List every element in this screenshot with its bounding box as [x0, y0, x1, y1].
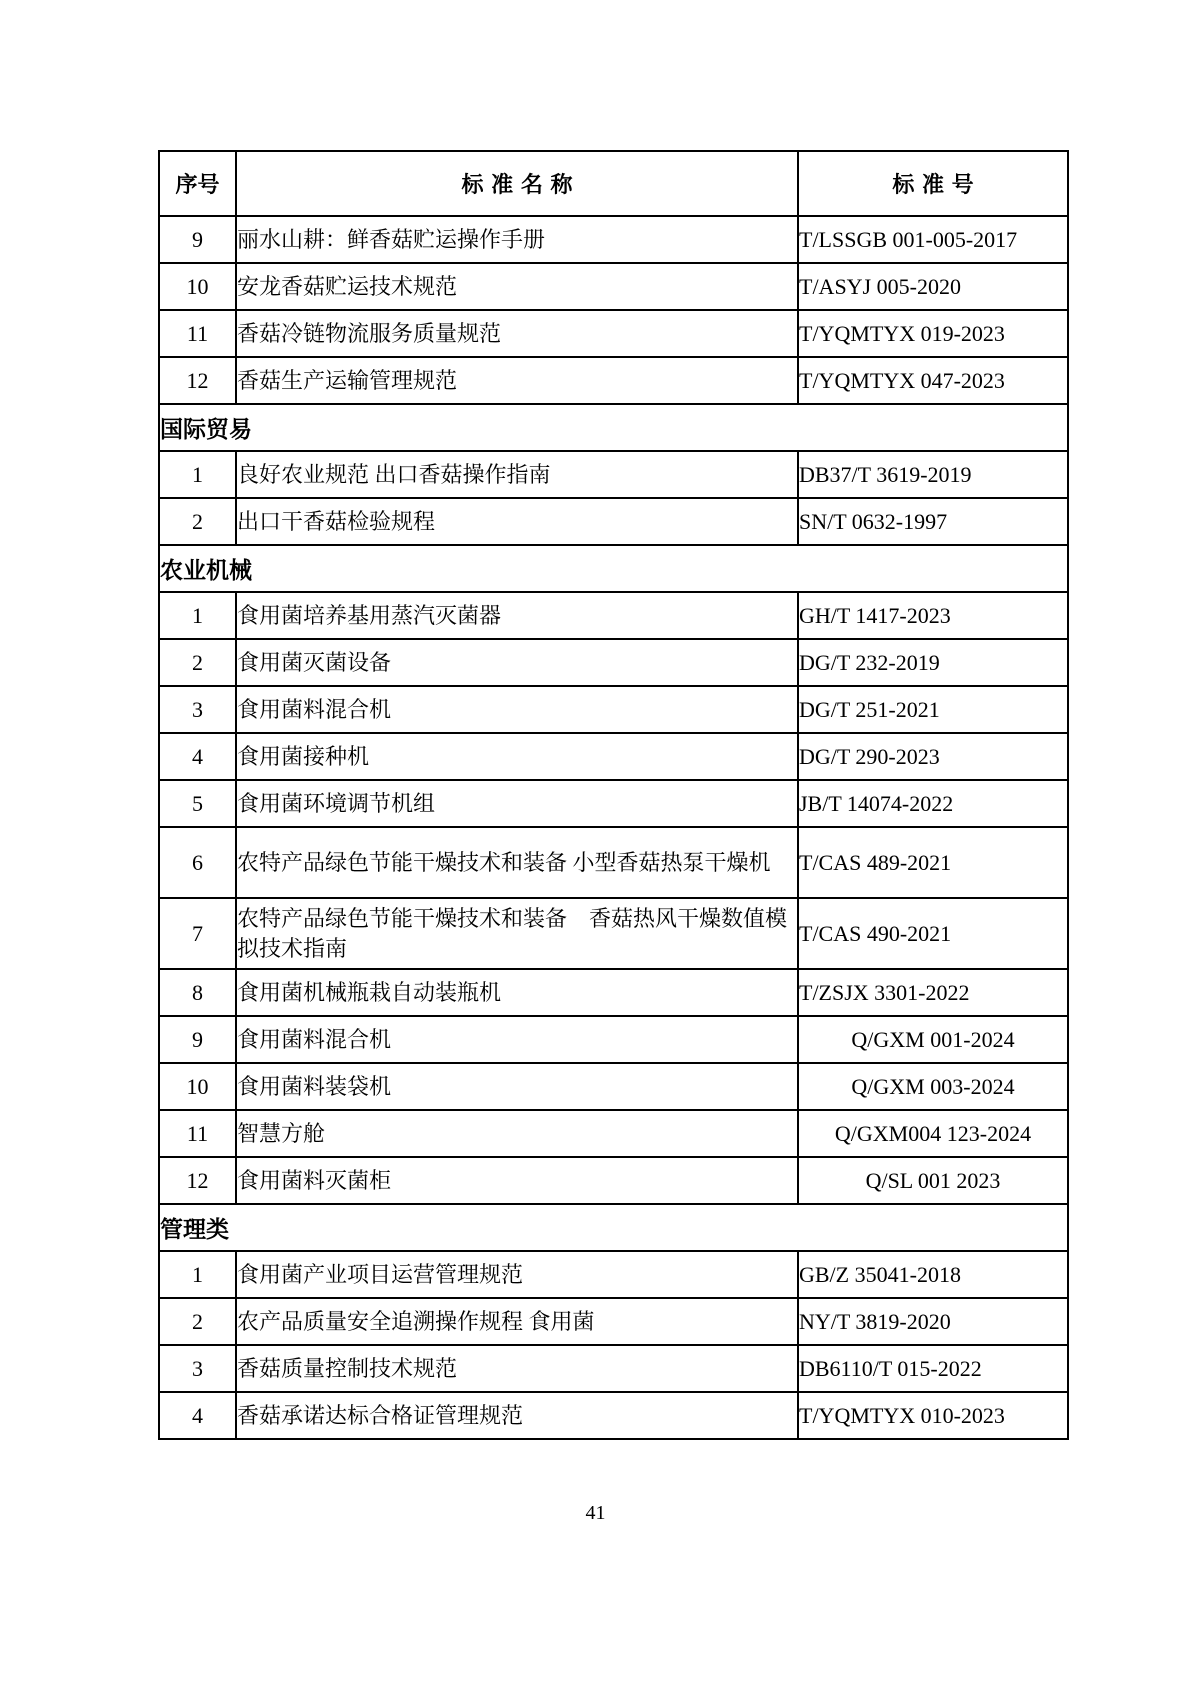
- table-row: 9丽水山耕：鲜香菇贮运操作手册T/LSSGB 001-005-2017: [159, 216, 1068, 263]
- header-cell-name: 标 准 名 称: [236, 151, 798, 216]
- standards-table-body: 9丽水山耕：鲜香菇贮运操作手册T/LSSGB 001-005-201710安龙香…: [159, 216, 1068, 1439]
- cell-name: 智慧方舱: [236, 1110, 798, 1157]
- cell-index: 5: [159, 780, 236, 827]
- document-page: 序号 标 准 名 称 标 准 号 9丽水山耕：鲜香菇贮运操作手册T/LSSGB …: [0, 0, 1191, 1684]
- section-label: 管理类: [159, 1204, 1068, 1251]
- cell-index: 9: [159, 216, 236, 263]
- cell-number: DB37/T 3619-2019: [798, 451, 1068, 498]
- cell-number: DB6110/T 015-2022: [798, 1345, 1068, 1392]
- cell-name: 食用菌料混合机: [236, 686, 798, 733]
- section-label: 农业机械: [159, 545, 1068, 592]
- cell-name: 食用菌料混合机: [236, 1016, 798, 1063]
- page-number: 41: [0, 1502, 1191, 1525]
- section-label: 国际贸易: [159, 404, 1068, 451]
- cell-name: 食用菌产业项目运营管理规范: [236, 1251, 798, 1298]
- cell-name: 香菇质量控制技术规范: [236, 1345, 798, 1392]
- cell-number: NY/T 3819-2020: [798, 1298, 1068, 1345]
- cell-index: 12: [159, 1157, 236, 1204]
- table-row: 8食用菌机械瓶栽自动装瓶机T/ZSJX 3301-2022: [159, 969, 1068, 1016]
- cell-index: 2: [159, 639, 236, 686]
- cell-index: 8: [159, 969, 236, 1016]
- cell-name: 香菇生产运输管理规范: [236, 357, 798, 404]
- table-row: 3香菇质量控制技术规范DB6110/T 015-2022: [159, 1345, 1068, 1392]
- table-header-row: 序号 标 准 名 称 标 准 号: [159, 151, 1068, 216]
- cell-index: 11: [159, 310, 236, 357]
- cell-name: 良好农业规范 出口香菇操作指南: [236, 451, 798, 498]
- section-row: 农业机械: [159, 545, 1068, 592]
- cell-index: 12: [159, 357, 236, 404]
- cell-number: Q/SL 001 2023: [798, 1157, 1068, 1204]
- cell-index: 4: [159, 1392, 236, 1439]
- cell-number: SN/T 0632-1997: [798, 498, 1068, 545]
- cell-number: T/YQMTYX 010-2023: [798, 1392, 1068, 1439]
- table-row: 2出口干香菇检验规程SN/T 0632-1997: [159, 498, 1068, 545]
- cell-index: 1: [159, 451, 236, 498]
- cell-index: 6: [159, 827, 236, 898]
- cell-index: 4: [159, 733, 236, 780]
- cell-index: 3: [159, 1345, 236, 1392]
- section-row: 管理类: [159, 1204, 1068, 1251]
- cell-number: T/CAS 489-2021: [798, 827, 1068, 898]
- table-row: 9食用菌料混合机Q/GXM 001-2024: [159, 1016, 1068, 1063]
- table-row: 1食用菌培养基用蒸汽灭菌器GH/T 1417-2023: [159, 592, 1068, 639]
- table-row: 2农产品质量安全追溯操作规程 食用菌NY/T 3819-2020: [159, 1298, 1068, 1345]
- table-row: 4食用菌接种机DG/T 290-2023: [159, 733, 1068, 780]
- cell-name: 安龙香菇贮运技术规范: [236, 263, 798, 310]
- cell-index: 7: [159, 898, 236, 969]
- cell-name: 食用菌料装袋机: [236, 1063, 798, 1110]
- cell-index: 2: [159, 498, 236, 545]
- table-row: 2食用菌灭菌设备DG/T 232-2019: [159, 639, 1068, 686]
- cell-name: 农特产品绿色节能干燥技术和装备 小型香菇热泵干燥机: [236, 827, 798, 898]
- header-cell-number: 标 准 号: [798, 151, 1068, 216]
- section-row: 国际贸易: [159, 404, 1068, 451]
- cell-number: T/YQMTYX 047-2023: [798, 357, 1068, 404]
- cell-index: 1: [159, 1251, 236, 1298]
- cell-number: GH/T 1417-2023: [798, 592, 1068, 639]
- cell-name: 食用菌接种机: [236, 733, 798, 780]
- cell-name: 食用菌环境调节机组: [236, 780, 798, 827]
- cell-name: 食用菌机械瓶栽自动装瓶机: [236, 969, 798, 1016]
- table-row: 11香菇冷链物流服务质量规范T/YQMTYX 019-2023: [159, 310, 1068, 357]
- table-row: 12食用菌料灭菌柜Q/SL 001 2023: [159, 1157, 1068, 1204]
- table-row: 7农特产品绿色节能干燥技术和装备 香菇热风干燥数值模拟技术指南T/CAS 490…: [159, 898, 1068, 969]
- cell-name: 食用菌料灭菌柜: [236, 1157, 798, 1204]
- table-row: 3食用菌料混合机DG/T 251-2021: [159, 686, 1068, 733]
- cell-index: 10: [159, 263, 236, 310]
- cell-name: 出口干香菇检验规程: [236, 498, 798, 545]
- cell-number: DG/T 290-2023: [798, 733, 1068, 780]
- cell-index: 2: [159, 1298, 236, 1345]
- table-row: 10安龙香菇贮运技术规范T/ASYJ 005-2020: [159, 263, 1068, 310]
- header-cell-index: 序号: [159, 151, 236, 216]
- table-row: 1食用菌产业项目运营管理规范GB/Z 35041-2018: [159, 1251, 1068, 1298]
- table-row: 6农特产品绿色节能干燥技术和装备 小型香菇热泵干燥机T/CAS 489-2021: [159, 827, 1068, 898]
- cell-number: GB/Z 35041-2018: [798, 1251, 1068, 1298]
- cell-name: 农特产品绿色节能干燥技术和装备 香菇热风干燥数值模拟技术指南: [236, 898, 798, 969]
- cell-name: 食用菌培养基用蒸汽灭菌器: [236, 592, 798, 639]
- table-row: 4香菇承诺达标合格证管理规范T/YQMTYX 010-2023: [159, 1392, 1068, 1439]
- cell-name: 丽水山耕：鲜香菇贮运操作手册: [236, 216, 798, 263]
- standards-table: 序号 标 准 名 称 标 准 号 9丽水山耕：鲜香菇贮运操作手册T/LSSGB …: [158, 150, 1069, 1440]
- cell-number: Q/GXM 001-2024: [798, 1016, 1068, 1063]
- cell-number: DG/T 251-2021: [798, 686, 1068, 733]
- cell-name: 农产品质量安全追溯操作规程 食用菌: [236, 1298, 798, 1345]
- cell-index: 11: [159, 1110, 236, 1157]
- cell-name: 香菇承诺达标合格证管理规范: [236, 1392, 798, 1439]
- cell-index: 3: [159, 686, 236, 733]
- table-row: 5食用菌环境调节机组JB/T 14074-2022: [159, 780, 1068, 827]
- table-row: 1良好农业规范 出口香菇操作指南DB37/T 3619-2019: [159, 451, 1068, 498]
- cell-name: 香菇冷链物流服务质量规范: [236, 310, 798, 357]
- table-row: 10食用菌料装袋机Q/GXM 003-2024: [159, 1063, 1068, 1110]
- cell-index: 9: [159, 1016, 236, 1063]
- cell-number: DG/T 232-2019: [798, 639, 1068, 686]
- table-row: 12香菇生产运输管理规范T/YQMTYX 047-2023: [159, 357, 1068, 404]
- cell-number: T/CAS 490-2021: [798, 898, 1068, 969]
- cell-number: T/ASYJ 005-2020: [798, 263, 1068, 310]
- cell-number: T/ZSJX 3301-2022: [798, 969, 1068, 1016]
- cell-index: 10: [159, 1063, 236, 1110]
- cell-index: 1: [159, 592, 236, 639]
- cell-number: T/YQMTYX 019-2023: [798, 310, 1068, 357]
- cell-number: T/LSSGB 001-005-2017: [798, 216, 1068, 263]
- cell-number: Q/GXM004 123-2024: [798, 1110, 1068, 1157]
- table-row: 11智慧方舱Q/GXM004 123-2024: [159, 1110, 1068, 1157]
- cell-name: 食用菌灭菌设备: [236, 639, 798, 686]
- cell-number: JB/T 14074-2022: [798, 780, 1068, 827]
- cell-number: Q/GXM 003-2024: [798, 1063, 1068, 1110]
